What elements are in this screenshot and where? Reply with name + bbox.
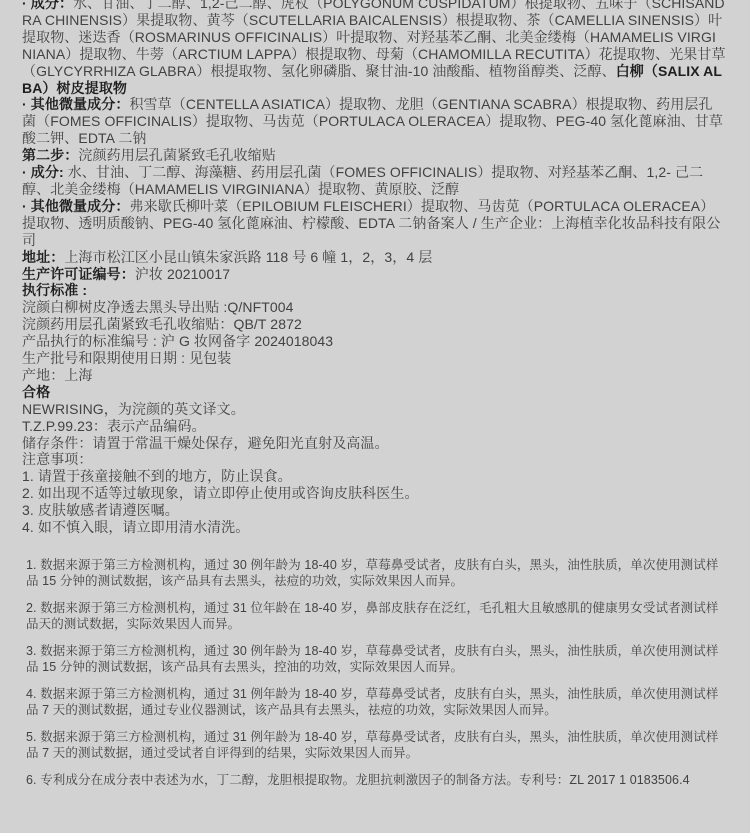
text-line: 储存条件：请置于常温干燥处保存，避免阳光直射及高温。 [22, 435, 726, 452]
text-line: 产品执行的标准编号 : 沪 G 妆网备字 2024018043 [22, 333, 726, 350]
text-line: 产地：上海 [22, 367, 726, 384]
text-line: 第二步：浣颜药用层孔菌紧致毛孔收缩贴 [22, 147, 726, 164]
label-segment: · 其他微量成分： [22, 198, 129, 214]
text-segment: T.Z.P.99.23：表示产品编码。 [22, 418, 206, 434]
text-segment: 生产批号和限期使用日期 : 见包装 [22, 350, 231, 366]
text-line: 3. 皮肤敏感者请遵医嘱。 [22, 502, 726, 519]
text-segment: 3. 皮肤敏感者请遵医嘱。 [22, 502, 179, 518]
text-line: 1. 请置于孩童接触不到的地方，防止误食。 [22, 468, 726, 485]
label-segment: · 成分: [22, 164, 64, 180]
text-segment: 上海市松江区小昆山镇朱家浜路 118 号 6 幢 1，2，3，4 层 [64, 249, 432, 265]
text-line: T.Z.P.99.23：表示产品编码。 [22, 418, 726, 435]
text-segment: NEWRISING，为浣颜的英文译文。 [22, 401, 245, 417]
text-line: 地址：上海市松江区小昆山镇朱家浜路 118 号 6 幢 1，2，3，4 层 [22, 249, 726, 266]
text-line: NEWRISING，为浣颜的英文译文。 [22, 401, 726, 418]
text-segment: 2. 如出现不适等过敏现象，请立即停止使用或咨询皮肤科医生。 [22, 485, 419, 501]
label-segment: · 其他微量成分： [22, 96, 129, 112]
text-line: 2. 如出现不适等过敏现象，请立即停止使用或咨询皮肤科医生。 [22, 485, 726, 502]
text-line: · 其他微量成分：积雪草（CENTELLA ASIATICA）提取物、龙胆（GE… [22, 96, 726, 147]
text-segment: 4. 如不慎入眼，请立即用清水清洗。 [22, 519, 249, 535]
text-segment: 注意事项： [22, 451, 93, 467]
text-line: 执行标准 : [22, 282, 726, 299]
label-segment: 执行标准 : [22, 282, 87, 298]
text-segment: 产地：上海 [22, 367, 93, 383]
text-line: 生产许可证编号：沪妆 20210017 [22, 266, 726, 283]
label-segment: 地址： [22, 249, 64, 265]
label-segment: · 成分： [22, 0, 73, 11]
text-line: · 成分：水、甘油、丁二醇、1,2-己二醇、虎杖（POLYGONUM CUSPI… [22, 0, 726, 96]
label-segment: 生产许可证编号： [22, 266, 135, 282]
text-line: 生产批号和限期使用日期 : 见包装 [22, 350, 726, 367]
text-line: 4. 如不慎入眼，请立即用清水清洗。 [22, 519, 726, 536]
text-segment: 1. 请置于孩童接触不到的地方，防止误食。 [22, 468, 292, 484]
text-line: 浣颜药用层孔菌紧致毛孔收缩贴：QB/T 2872 [22, 316, 726, 333]
text-segment: 沪妆 20210017 [135, 266, 230, 282]
text-line: · 其他微量成分：弗来歇氏柳叶菜（EPILOBIUM FLEISCHERI）提取… [22, 198, 726, 249]
footnote-item: 2. 数据来源于第三方检测机构，通过 31 位年龄在 18-40 岁，鼻部皮肤存… [26, 601, 724, 632]
text-line: 注意事项： [22, 451, 726, 468]
label-segment: 合格 [22, 384, 50, 400]
footnote-item: 4. 数据来源于第三方检测机构，通过 31 例年龄为 18-40 岁，草莓鼻受试… [26, 687, 724, 718]
text-segment: 浣颜药用层孔菌紧致毛孔收缩贴：QB/T 2872 [22, 316, 302, 332]
text-segment: 浣颜药用层孔菌紧致毛孔收缩贴 [78, 147, 275, 163]
text-segment: 储存条件：请置于常温干燥处保存，避免阳光直射及高温。 [22, 435, 389, 451]
product-info-text: · 成分：水、甘油、丁二醇、1,2-己二醇、虎杖（POLYGONUM CUSPI… [0, 0, 750, 536]
footnote-item: 3. 数据来源于第三方检测机构，通过 30 例年龄为 18-40 岁，草莓鼻受试… [26, 644, 724, 675]
text-line: · 成分: 水、甘油、丁二醇、海藻糖、药用层孔菌（FOMES OFFICINAL… [22, 164, 726, 198]
text-line: 合格 [22, 384, 726, 401]
text-line: 浣颜白柳树皮净透去黑头导出贴 :Q/NFT004 [22, 299, 726, 316]
footnote-item: 6. 专利成分在成分表中表述为水，丁二醇，龙胆根提取物。龙胆抗刺激因子的制备方法… [26, 773, 724, 789]
footnote-item: 5. 数据来源于第三方检测机构，通过 31 例年龄为 18-40 岁，草莓鼻受试… [26, 730, 724, 761]
text-segment: 水、甘油、丁二醇、海藻糖、药用层孔菌（FOMES OFFICINALIS）提取物… [22, 164, 703, 197]
disclaimer-footnotes: 1. 数据来源于第三方检测机构，通过 30 例年龄为 18-40 岁，草莓鼻受试… [0, 558, 750, 789]
label-segment: 第二步： [22, 147, 78, 163]
footnote-item: 1. 数据来源于第三方检测机构，通过 30 例年龄为 18-40 岁，草莓鼻受试… [26, 558, 724, 589]
text-segment: 产品执行的标准编号 : 沪 G 妆网备字 2024018043 [22, 333, 333, 349]
text-segment: 浣颜白柳树皮净透去黑头导出贴 :Q/NFT004 [22, 299, 294, 315]
